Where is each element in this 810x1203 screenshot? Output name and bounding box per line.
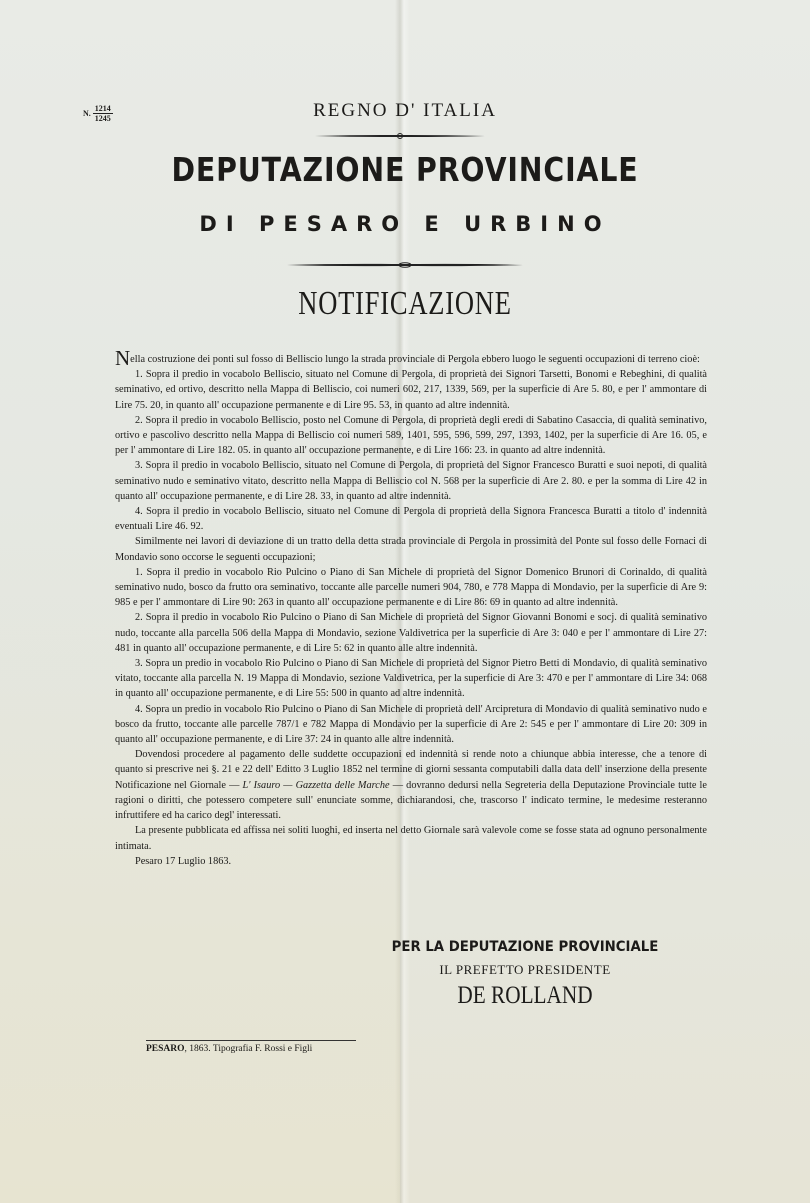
occupation-item: 2. Sopra il predio in vocabolo Belliscio… bbox=[115, 413, 707, 459]
ornamental-rule-middle bbox=[287, 262, 523, 265]
document-title: NOTIFICAZIONE bbox=[89, 285, 721, 323]
printer-imprint: PESARO, 1863. Tipografia F. Rossi e Figl… bbox=[146, 1040, 356, 1054]
kingdom-heading: REGNO D' ITALIA bbox=[0, 100, 810, 122]
occupation-item: 4. Sopra il predio in vocabolo Belliscio… bbox=[115, 504, 707, 534]
signature-name: DE ROLLAND bbox=[181, 982, 810, 1010]
publication-paragraph: La presente pubblicata ed affissa nei so… bbox=[115, 823, 707, 853]
ornamental-rule-top bbox=[315, 133, 485, 136]
printer-details: , 1863. Tipografia F. Rossi e Figli bbox=[185, 1044, 313, 1054]
occupation-item: 2. Sopra il predio in vocabolo Rio Pulci… bbox=[115, 610, 707, 656]
authority-heading: DEPUTAZIONE PROVINCIALE bbox=[57, 150, 754, 189]
poster-sheet: N. 1214 1245 REGNO D' ITALIA DEPUTAZIONE… bbox=[0, 0, 810, 1203]
second-intro-paragraph: Similmente nei lavori di deviazione di u… bbox=[115, 534, 707, 564]
signature-role: IL PREFETTO PRESIDENTE bbox=[120, 962, 810, 978]
occupation-item: 1. Sopra il predio in vocabolo Rio Pulci… bbox=[115, 565, 707, 611]
notice-body: Nella costruzione dei ponti sul fosso di… bbox=[115, 352, 707, 869]
signature-for: PER LA DEPUTAZIONE PROVINCIALE bbox=[140, 939, 810, 955]
printer-city: PESARO bbox=[146, 1044, 185, 1054]
occupation-item: 3. Sopra un predio in vocabolo Rio Pulci… bbox=[115, 656, 707, 702]
occupation-item: 3. Sopra il predio in vocabolo Belliscio… bbox=[115, 458, 707, 504]
place-date: Pesaro 17 Luglio 1863. bbox=[115, 854, 707, 869]
occupation-item: 1. Sopra il predio in vocabolo Belliscio… bbox=[115, 367, 707, 413]
drop-cap: N bbox=[115, 346, 130, 370]
province-heading: DI PESARO E URBINO bbox=[0, 212, 810, 236]
occupation-item: 4. Sopra un predio in vocabolo Rio Pulci… bbox=[115, 702, 707, 748]
payment-notice-paragraph: Dovendosi procedere al pagamento delle s… bbox=[115, 747, 707, 823]
intro-paragraph: Nella costruzione dei ponti sul fosso di… bbox=[115, 352, 707, 367]
journal-name: L' Isauro — Gazzetta delle Marche bbox=[243, 780, 390, 791]
